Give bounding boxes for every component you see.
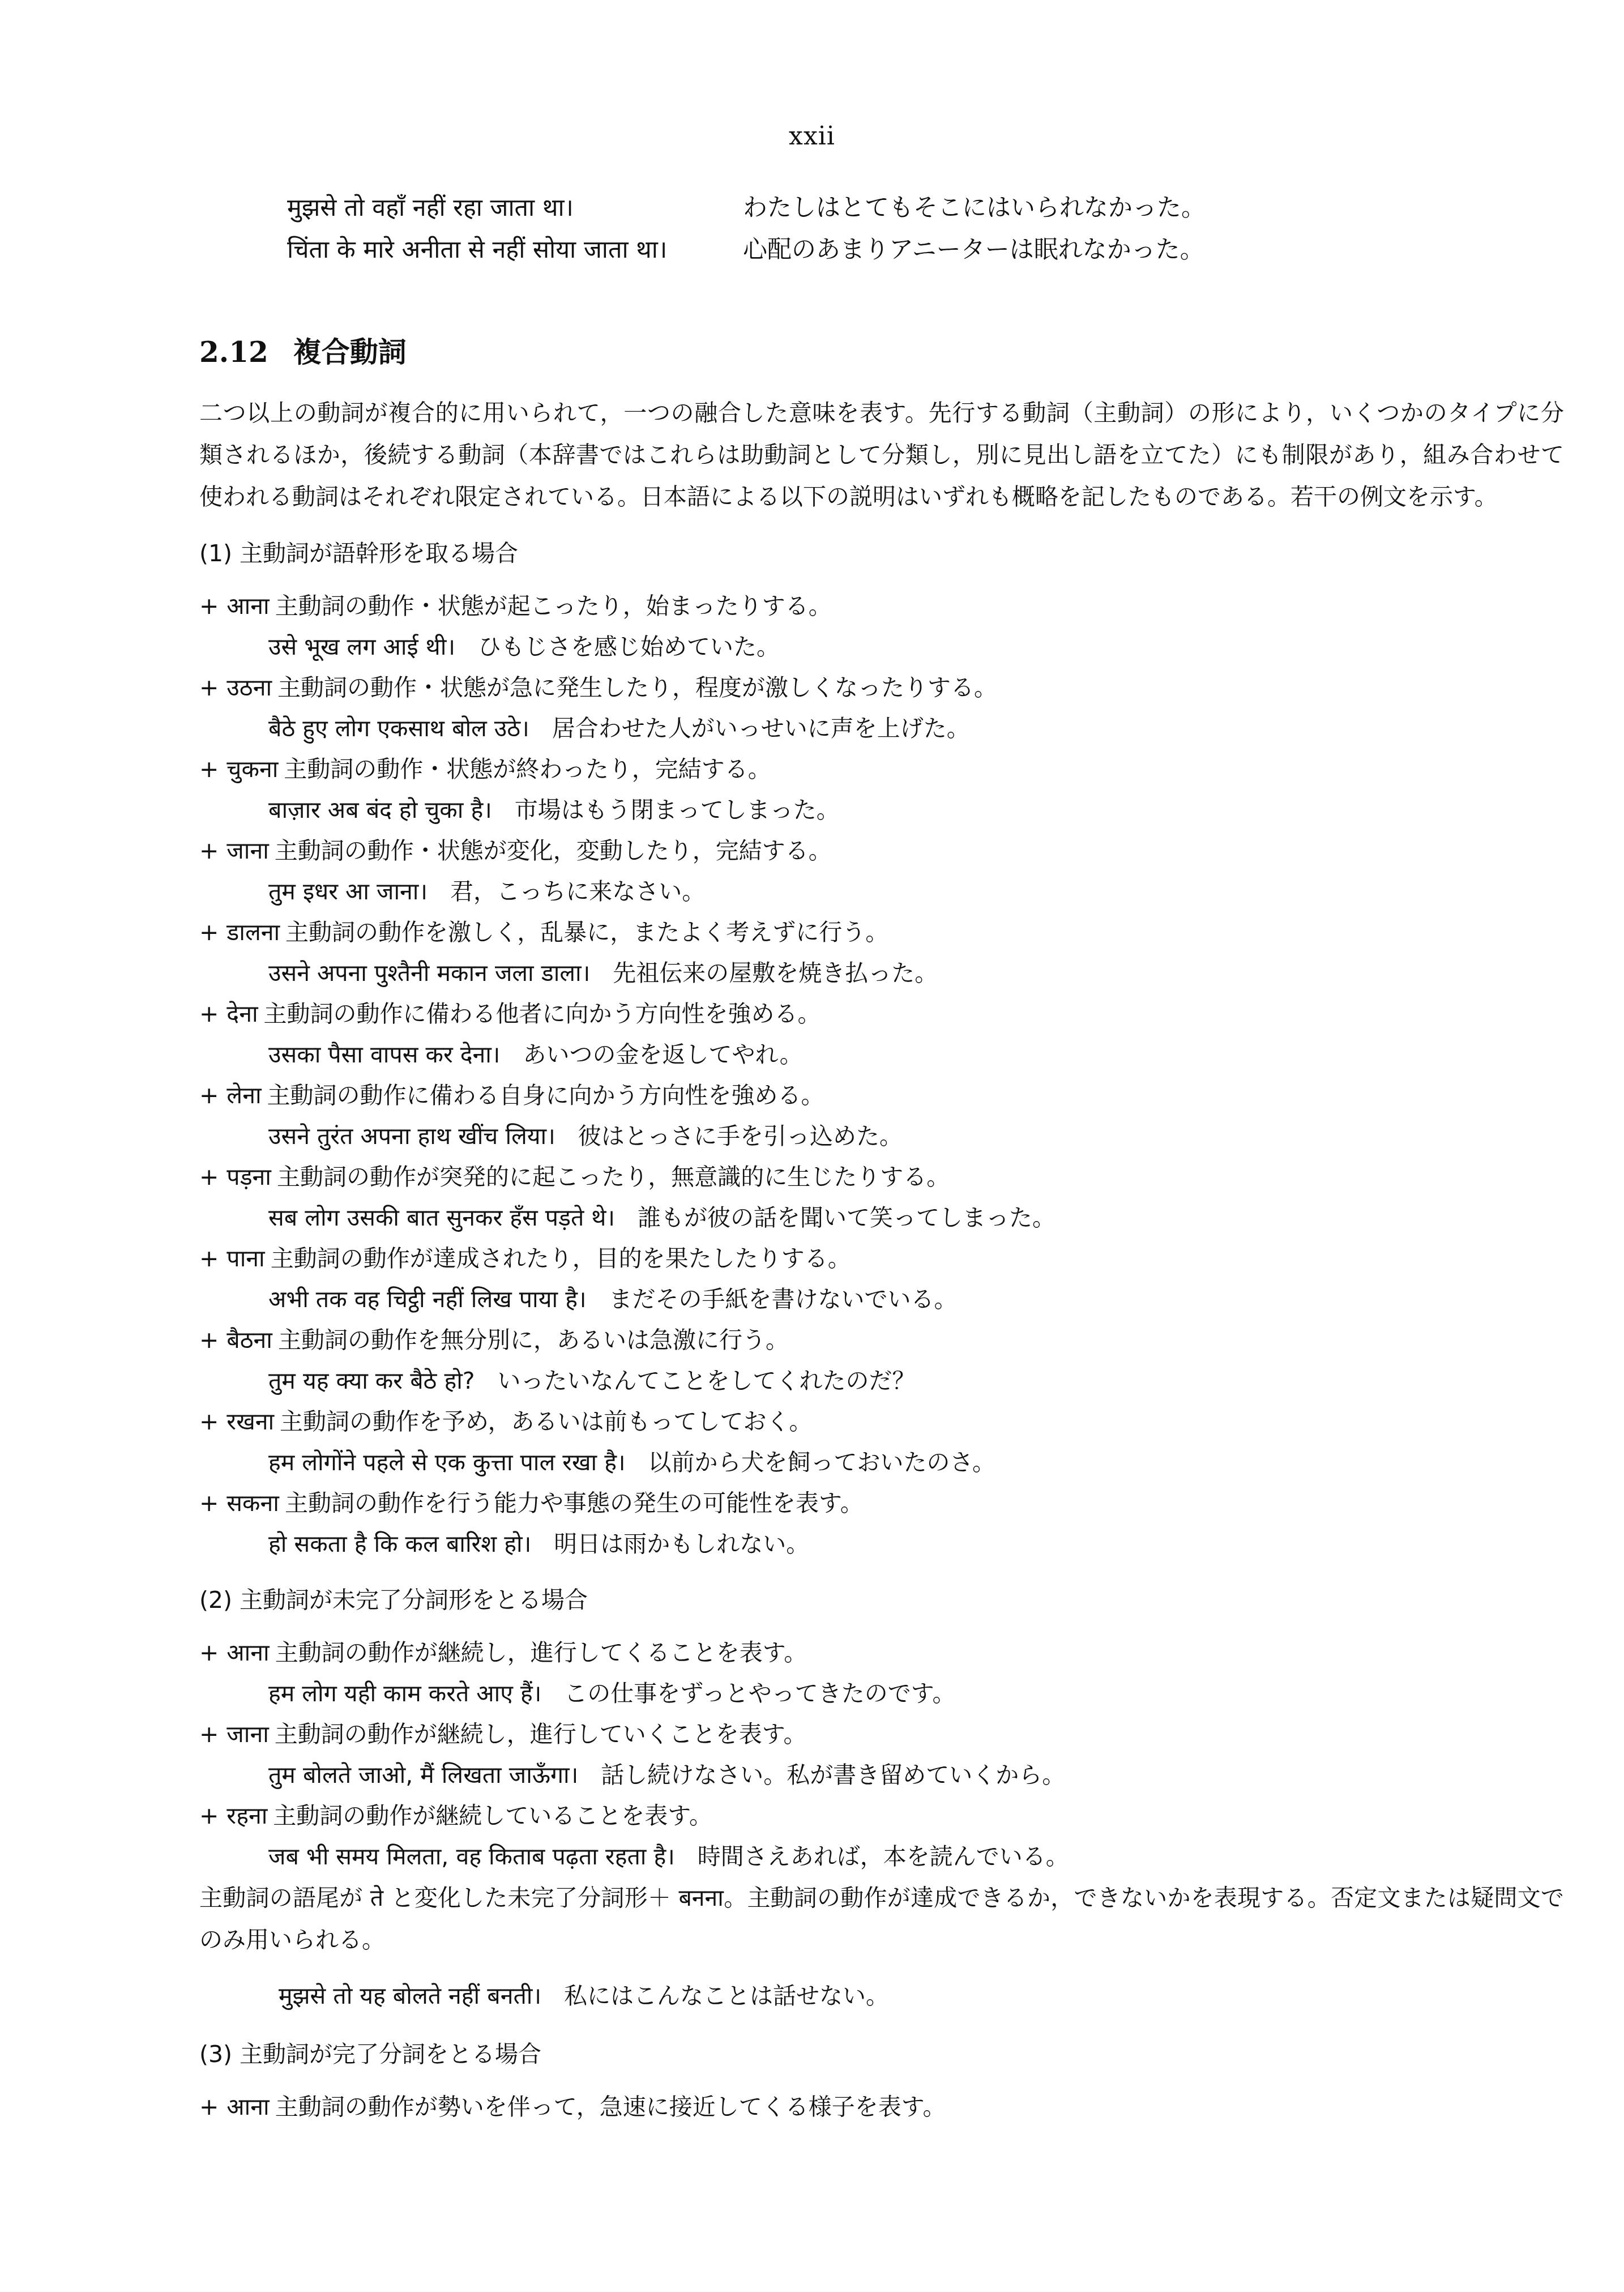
plus-sign: + <box>199 2093 219 2120</box>
verb-description: 主動詞の動作に備わる自身に向かう方向性を強める。 <box>267 1082 824 1109</box>
verb-entry: +उठना主動詞の動作・状態が急に発生したり，程度が激しくなったりする。 <box>199 667 1564 708</box>
auxiliary-verb: आना <box>226 1639 269 1666</box>
top-examples: मुझसे तो वहाँ नहीं रहा जाता था। わたしはとてもそ… <box>199 187 1564 271</box>
japanese-translation: 時間さえあれば，本を読んでいる。 <box>698 1843 1069 1870</box>
section-number: 2.12 <box>199 335 268 369</box>
verb-description: 主動詞の動作が突発的に起こったり，無意識的に生じたりする。 <box>277 1163 950 1190</box>
auxiliary-verb: जाना <box>226 1721 268 1748</box>
verb-description: 主動詞の動作・状態が終わったり，完結する。 <box>284 756 771 783</box>
section-title: 複合動詞 <box>293 335 407 369</box>
verb-entry: +जाना主動詞の動作が継続し，進行していくことを表す。 <box>199 1714 1564 1755</box>
japanese-translation: 話し続けなさい。私が書き留めていくから。 <box>601 1761 1065 1789</box>
auxiliary-verb: चुकना <box>226 756 278 783</box>
japanese-translation: 先祖伝来の屋敷を焼き払った。 <box>613 959 938 987</box>
example-sentence: जब भी समय मिलता, वह किताब पढ़ता रहता है।… <box>199 1836 1564 1877</box>
example-sentence: उसने अपना पुश्तैनी मकान जला डाला।先祖伝来の屋敷… <box>199 953 1564 993</box>
hindi-sentence: उसने तुरंत अपना हाथ खींच लिया। <box>268 1122 555 1150</box>
verb-entry: +आना主動詞の動作が勢いを伴って，急速に接近してくる様子を表す。 <box>199 2086 1564 2127</box>
verb-entry: +सकना主動詞の動作を行う能力や事態の発生の可能性を表す。 <box>199 1483 1564 1523</box>
japanese-translation: あいつの金を返してやれ。 <box>523 1041 802 1068</box>
hindi-sentence: हम लोगोंने पहले से एक कुत्ता पाल रखा है। <box>268 1449 626 1476</box>
japanese-translation: 君，こっちに来なさい。 <box>450 878 705 905</box>
japanese-translation: 誰もが彼の話を聞いて笑ってしまった。 <box>638 1204 1055 1231</box>
example-pair: चिंता के मारे अनीता से नहीं सोया जाता था… <box>199 229 1564 271</box>
japanese-translation: まだその手紙を書けないでいる。 <box>609 1286 957 1313</box>
auxiliary-verb: आना <box>226 2093 269 2120</box>
hindi-sentence: जब भी समय मिलता, वह किताब पढ़ता रहता है। <box>268 1843 675 1870</box>
plus-sign: + <box>199 919 219 946</box>
subsection-heading-3: (3) 主動詞が完了分詞をとる場合 <box>199 2033 1564 2075</box>
verb-description: 主動詞の動作・状態が急に発生したり，程度が激しくなったりする。 <box>277 674 997 701</box>
auxiliary-verb: पाना <box>226 1245 264 1272</box>
hindi-sentence: उसने अपना पुश्तैनी मकान जला डाला। <box>268 959 590 987</box>
japanese-translation: 以前から犬を飼っておいたのさ。 <box>648 1449 995 1476</box>
plus-sign: + <box>199 1721 219 1748</box>
hindi-sentence: बैठे हुए लोग एकसाथ बोल उठे। <box>268 715 529 742</box>
verb-description: 主動詞の動作が達成されたり，目的を果たしたりする。 <box>271 1245 851 1272</box>
hindi-sentence: उसका पैसा वापस कर देना। <box>268 1041 500 1068</box>
verb-entry: +पड़ना主動詞の動作が突発的に起こったり，無意識的に生じたりする。 <box>199 1156 1564 1197</box>
group1-entries: +आना主動詞の動作・状態が起こったり，始まったりする。उसे भूख लग आ… <box>199 586 1564 1564</box>
auxiliary-verb: सकना <box>226 1489 279 1517</box>
auxiliary-verb: रहना <box>226 1802 267 1829</box>
plus-sign: + <box>199 1802 219 1829</box>
verb-description: 主動詞の動作を予め，あるいは前もってしておく。 <box>280 1408 813 1435</box>
japanese-translation: 彼はとっさに手を引っ込めた。 <box>578 1122 903 1150</box>
hindi-sentence: सब लोग उसकी बात सुनकर हँस पड़ते थे। <box>268 1204 615 1231</box>
note-example: मुझसे तो यह बोलते नहीं बनती।私にはこんなことは話せな… <box>199 1973 1564 2018</box>
hindi-sentence: तुम इधर आ जाना। <box>268 878 428 905</box>
plus-sign: + <box>199 1163 219 1190</box>
verb-description: 主動詞の動作を無分別に，あるいは急激に行う。 <box>278 1326 789 1354</box>
plus-sign: + <box>199 674 219 701</box>
hindi-sentence: मुझसे तो वहाँ नहीं रहा जाता था। <box>199 187 743 228</box>
verb-description: 主動詞の動作・状態が変化，変動したり，完結する。 <box>275 837 832 864</box>
example-sentence: बैठे हुए लोग एकसाथ बोल उठे।居合わせた人がいっせいに声… <box>199 708 1564 749</box>
verb-description: 主動詞の動作が勢いを伴って，急速に接近してくる様子を表す。 <box>275 2093 946 2120</box>
japanese-translation: 市場はもう閉まってしまった。 <box>515 796 840 823</box>
japanese-translation: いったいなんてことをしてくれたのだ？ <box>498 1367 916 1394</box>
example-sentence: उसे भूख लग आई थी।ひもじさを感じ始めていた。 <box>199 626 1564 667</box>
japanese-translation: 私にはこんなことは話せない。 <box>564 1982 889 2009</box>
verb-entry: +जाना主動詞の動作・状態が変化，変動したり，完結する。 <box>199 830 1564 871</box>
auxiliary-verb: पड़ना <box>226 1163 271 1190</box>
japanese-translation: わたしはとてもそこにはいられなかった。 <box>743 187 1206 228</box>
japanese-translation: ひもじさを感じ始めていた。 <box>478 633 780 660</box>
example-sentence: उसने तुरंत अपना हाथ खींच लिया।彼はとっさに手を引っ… <box>199 1116 1564 1156</box>
subsection-heading-1: (1) 主動詞が語幹形を取る場合 <box>199 532 1564 574</box>
example-sentence: अभी तक वह चिट्ठी नहीं लिख पाया है।まだその手紙… <box>199 1279 1564 1320</box>
verb-entry: +आना主動詞の動作が継続し，進行してくることを表す。 <box>199 1632 1564 1673</box>
hindi-sentence: बाज़ार अब बंद हो चुका है। <box>268 796 492 823</box>
hindi-sentence: उसे भूख लग आई थी। <box>268 633 455 660</box>
japanese-translation: 居合わせた人がいっせいに声を上げた。 <box>552 715 970 742</box>
example-sentence: तुम बोलते जाओ, मैं लिखता जाऊँगा।話し続けなさい。… <box>199 1755 1564 1795</box>
group2-entries: +आना主動詞の動作が継続し，進行してくることを表す。हम लोग यही का… <box>199 1632 1564 1877</box>
verb-description: 主動詞の動作に備わる他者に向かう方向性を強める。 <box>264 1000 821 1027</box>
plus-sign: + <box>199 756 219 783</box>
hindi-sentence: चिंता के मारे अनीता से नहीं सोया जाता था… <box>199 229 743 270</box>
example-sentence: हो सकता है कि कल बारिश हो।明日は雨かもしれない。 <box>199 1523 1564 1564</box>
example-sentence: तुम यह क्या कर बैठे हो?いったいなんてことをしてくれたのだ… <box>199 1360 1564 1401</box>
page-content: मुझसे तो वहाँ नहीं रहा जाता था। わたしはとてもそ… <box>199 187 1564 2127</box>
plus-sign: + <box>199 837 219 864</box>
example-sentence: उसका पैसा वापस कर देना।あいつの金を返してやれ。 <box>199 1034 1564 1075</box>
verb-description: 主動詞の動作が継続し，進行してくることを表す。 <box>275 1639 807 1666</box>
japanese-translation: 明日は雨かもしれない。 <box>554 1530 809 1557</box>
subsection-heading-2: (2) 主動詞が未完了分詞形をとる場合 <box>199 1579 1564 1621</box>
hindi-sentence: मुझसे तो यह बोलते नहीं बनती। <box>279 1982 541 2009</box>
verb-description: 主動詞の動作が継続していることを表す。 <box>273 1802 712 1829</box>
auxiliary-verb: लेना <box>226 1082 261 1109</box>
verb-entry: +चुकना主動詞の動作・状態が終わったり，完結する。 <box>199 749 1564 789</box>
verb-entry: +आना主動詞の動作・状態が起こったり，始まったりする。 <box>199 586 1564 626</box>
verb-description: 主動詞の動作が継続し，進行していくことを表す。 <box>275 1721 807 1748</box>
page-number: xxii <box>0 122 1624 151</box>
auxiliary-verb: देना <box>226 1000 258 1027</box>
verb-description: 主動詞の動作・状態が起こったり，始まったりする。 <box>275 592 832 620</box>
section-intro: 二つ以上の動詞が複合的に用いられて，一つの融合した意味を表す。先行する動詞（主動… <box>199 392 1564 518</box>
example-sentence: बाज़ार अब बंद हो चुका है।市場はもう閉まってしまった。 <box>199 789 1564 830</box>
hindi-sentence: हम लोग यही काम करते आए हैं। <box>268 1680 541 1707</box>
example-pair: मुझसे तो वहाँ नहीं रहा जाता था। わたしはとてもそ… <box>199 187 1564 229</box>
verb-description: 主動詞の動作を激しく，乱暴に，またよく考えずに行う。 <box>285 919 888 946</box>
banna-note: 主動詞の語尾が ते と変化した未完了分詞形＋ बनना。主動詞の動作が達成でき… <box>199 1877 1564 1961</box>
auxiliary-verb: उठना <box>226 674 272 701</box>
example-sentence: हम लोगोंने पहले से एक कुत्ता पाल रखा है।… <box>199 1442 1564 1483</box>
verb-entry: +लेना主動詞の動作に備わる自身に向かう方向性を強める。 <box>199 1075 1564 1116</box>
example-sentence: सब लोग उसकी बात सुनकर हँस पड़ते थे।誰もが彼の… <box>199 1197 1564 1238</box>
verb-entry: +देना主動詞の動作に備わる他者に向かう方向性を強める。 <box>199 993 1564 1034</box>
verb-description: 主動詞の動作を行う能力や事態の発生の可能性を表す。 <box>285 1489 864 1517</box>
plus-sign: + <box>199 592 219 620</box>
hindi-sentence: अभी तक वह चिट्ठी नहीं लिख पाया है। <box>268 1286 586 1313</box>
verb-entry: +डालना主動詞の動作を激しく，乱暴に，またよく考えずに行う。 <box>199 912 1564 953</box>
auxiliary-verb: जाना <box>226 837 268 864</box>
example-sentence: हम लोग यही काम करते आए हैं।この仕事をずっとやってきた… <box>199 1673 1564 1714</box>
section-heading: 2.12複合動詞 <box>199 332 1564 373</box>
verb-entry: +रखना主動詞の動作を予め，あるいは前もってしておく。 <box>199 1401 1564 1442</box>
plus-sign: + <box>199 1408 219 1435</box>
auxiliary-verb: डालना <box>226 919 280 946</box>
plus-sign: + <box>199 1326 219 1354</box>
auxiliary-verb: आना <box>226 592 269 620</box>
verb-entry: +पाना主動詞の動作が達成されたり，目的を果たしたりする。 <box>199 1238 1564 1279</box>
auxiliary-verb: बैठना <box>226 1326 272 1354</box>
verb-entry: +बैठना主動詞の動作を無分別に，あるいは急激に行う。 <box>199 1320 1564 1360</box>
group3-entries: +आना主動詞の動作が勢いを伴って，急速に接近してくる様子を表す。 <box>199 2086 1564 2127</box>
plus-sign: + <box>199 1082 219 1109</box>
plus-sign: + <box>199 1489 219 1517</box>
plus-sign: + <box>199 1000 219 1027</box>
hindi-sentence: तुम बोलते जाओ, मैं लिखता जाऊँगा। <box>268 1761 578 1789</box>
japanese-translation: 心配のあまりアニーターは眠れなかった。 <box>743 229 1204 270</box>
hindi-sentence: हो सकता है कि कल बारिश हो। <box>268 1530 531 1557</box>
example-sentence: तुम इधर आ जाना।君，こっちに来なさい。 <box>199 871 1564 912</box>
auxiliary-verb: रखना <box>226 1408 274 1435</box>
plus-sign: + <box>199 1639 219 1666</box>
japanese-translation: この仕事をずっとやってきたのです。 <box>564 1680 955 1707</box>
hindi-sentence: तुम यह क्या कर बैठे हो? <box>268 1367 475 1394</box>
verb-entry: +रहना主動詞の動作が継続していることを表す。 <box>199 1795 1564 1836</box>
plus-sign: + <box>199 1245 219 1272</box>
